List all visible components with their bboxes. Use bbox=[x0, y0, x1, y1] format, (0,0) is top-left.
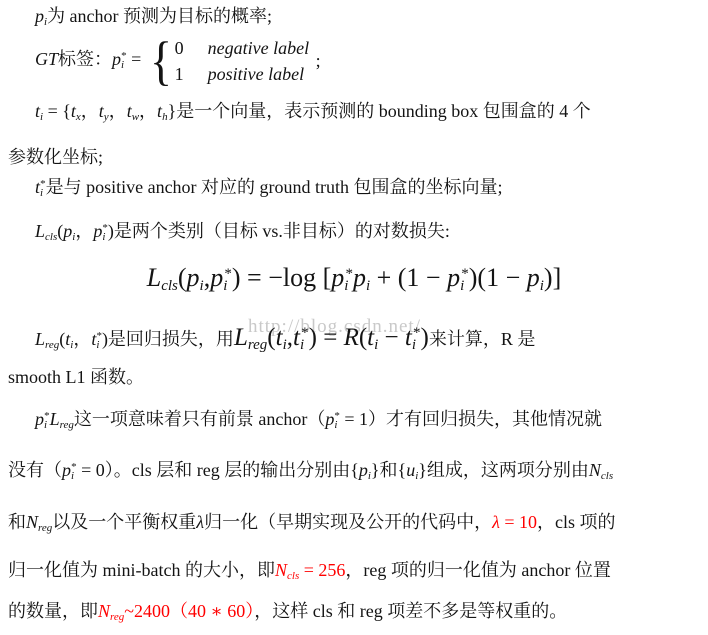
text-segment: = { bbox=[43, 101, 71, 121]
cases-formula: {0negative label1positive label bbox=[148, 34, 309, 88]
line-lambda: 和Nreg以及一个平衡权重λ归一化（早期实现及公开的代码中，λ = 10，cls… bbox=[8, 511, 616, 534]
text-segment: )] bbox=[544, 263, 561, 292]
text-segment: u bbox=[406, 460, 415, 480]
text-segment: w bbox=[132, 111, 139, 123]
text-segment: }和{ bbox=[371, 460, 406, 480]
text-segment: = bbox=[127, 49, 146, 69]
text-segment: p bbox=[325, 409, 334, 429]
text-segment: L bbox=[35, 221, 45, 241]
text-segment: )是回归损失，用 bbox=[102, 329, 234, 349]
text-segment: λ bbox=[492, 512, 500, 532]
line-lcls-intro: Lcls(pi，pi*)是两个类别（目标 vs.非目标）的对数损失: bbox=[35, 220, 450, 243]
line-output-cont: 没有（pi* = 0）。cls 层和 reg 层的输出分别由{pi}和{ui}组… bbox=[8, 459, 613, 482]
text-segment: ，cls 项的 bbox=[537, 512, 616, 532]
text-segment: p bbox=[447, 263, 460, 292]
line-pi-definition: pi为 anchor 预测为目标的概率; bbox=[35, 5, 272, 28]
text-segment: ( bbox=[178, 263, 187, 292]
formula-lcls-display: Lcls(pi,pi*) = −log [pi*pi + (1 − pi*)(1… bbox=[0, 261, 708, 295]
text-segment: ，这样 cls 和 reg 项差不多是等权重的。 bbox=[254, 601, 567, 621]
case-label: negative label bbox=[208, 38, 309, 58]
text-segment: 为 anchor 预测为目标的概率; bbox=[47, 6, 272, 26]
text-segment: 标签： bbox=[58, 49, 112, 69]
text-segment: reg bbox=[60, 419, 74, 431]
text-segment: reg bbox=[38, 522, 52, 534]
text-segment: t bbox=[405, 324, 412, 351]
text-segment: ( bbox=[359, 324, 367, 351]
text-segment: p bbox=[359, 460, 368, 480]
text-segment: p bbox=[210, 263, 223, 292]
text-segment: p bbox=[527, 263, 540, 292]
case-value: 0 bbox=[175, 38, 184, 58]
text-segment: L bbox=[35, 329, 45, 349]
text-segment: p bbox=[93, 221, 102, 241]
text-segment: 和 bbox=[8, 512, 26, 532]
case-row: 1positive label bbox=[175, 61, 309, 87]
text-segment: reg bbox=[45, 339, 59, 351]
text-segment: ) = −log [ bbox=[232, 263, 331, 292]
text-segment: cls bbox=[287, 570, 299, 582]
cases-column: 0negative label1positive label bbox=[175, 35, 309, 87]
text-segment: 的数量，即 bbox=[8, 601, 98, 621]
text-segment: 以及一个平衡权重 bbox=[52, 512, 196, 532]
text-segment: 参数化坐标; bbox=[8, 147, 103, 167]
text-segment: p bbox=[112, 49, 121, 69]
line-lreg: Lreg(ti，ti*)是回归损失，用Lreg(ti,ti*) = R(ti −… bbox=[35, 322, 535, 355]
text-segment: ， bbox=[73, 329, 91, 349]
text-segment: N bbox=[26, 512, 38, 532]
text-segment: }组成，这两项分别由 bbox=[418, 460, 589, 480]
text-segment: GT bbox=[35, 49, 58, 69]
text-segment: ) bbox=[421, 324, 429, 351]
case-value: 1 bbox=[175, 64, 184, 84]
text-segment: ， bbox=[109, 101, 127, 121]
text-segment: L bbox=[50, 409, 60, 429]
line-pistar-lreg: pi*Lreg这一项意味着只有前景 anchor（pi* = 1）才有回归损失，… bbox=[35, 408, 602, 431]
text-segment: N bbox=[98, 601, 110, 621]
line-gt-cases: GT标签：pi* = {0negative label1positive lab… bbox=[35, 34, 321, 88]
text-segment: reg bbox=[248, 337, 267, 353]
text-segment: = 256 bbox=[299, 560, 345, 580]
text-segment: * bbox=[461, 266, 469, 282]
text-segment: ~2400（40 ∗ 60） bbox=[124, 601, 254, 621]
document-page: http://blog.csdn.net/pi为 anchor 预测为目标的概率… bbox=[0, 0, 708, 635]
text-segment: − bbox=[378, 324, 405, 351]
text-segment: ( bbox=[267, 324, 275, 351]
text-segment: }是一个向量，表示预测的 bounding box 包围盒的 4 个 bbox=[168, 101, 591, 121]
line-ti-vector: ti = {tx，ty，tw，th}是一个向量，表示预测的 bounding b… bbox=[35, 100, 591, 123]
line-ti-star: ti*是与 positive anchor 对应的 ground truth 包… bbox=[35, 176, 503, 199]
text-segment: cls bbox=[161, 278, 178, 294]
text-segment: L bbox=[234, 324, 248, 351]
text-segment: smooth L1 函数。 bbox=[8, 367, 144, 387]
text-segment: ， bbox=[75, 221, 93, 241]
text-segment: L bbox=[147, 263, 161, 292]
text-segment: ，reg 项的归一化值为 anchor 位置 bbox=[345, 560, 610, 580]
text-segment: N bbox=[589, 460, 601, 480]
text-segment: ， bbox=[81, 101, 99, 121]
text-segment: λ bbox=[196, 512, 204, 532]
line-smooth-l1: smooth L1 函数。 bbox=[8, 366, 144, 389]
text-segment: N bbox=[275, 560, 287, 580]
text-segment: + (1 − bbox=[370, 263, 447, 292]
text-segment: ) = bbox=[309, 324, 344, 351]
text-segment: = 10 bbox=[500, 512, 537, 532]
text-segment: )(1 − bbox=[469, 263, 527, 292]
text-segment: p bbox=[187, 263, 200, 292]
text-segment: cls bbox=[45, 231, 57, 243]
text-segment: 归一化（早期实现及公开的代码中， bbox=[204, 512, 492, 532]
text-segment: t bbox=[276, 324, 283, 351]
case-label: positive label bbox=[208, 64, 304, 84]
text-segment: t bbox=[293, 324, 300, 351]
text-segment: * bbox=[413, 325, 421, 341]
text-segment: 是与 positive anchor 对应的 ground truth 包围盒的… bbox=[46, 177, 503, 197]
line-ncls: 归一化值为 mini-batch 的大小，即Ncls = 256，reg 项的归… bbox=[8, 559, 611, 582]
text-segment: 归一化值为 mini-batch 的大小，即 bbox=[8, 560, 275, 580]
line-ti-vector-cont: 参数化坐标; bbox=[8, 146, 103, 169]
text-segment: 没有（ bbox=[8, 460, 62, 480]
text-segment: p bbox=[35, 409, 44, 429]
text-segment: = 1）才有回归损失，其他情况就 bbox=[340, 409, 602, 429]
text-segment: R bbox=[344, 324, 359, 351]
text-segment: 来计算，R 是 bbox=[429, 329, 536, 349]
text-segment: ; bbox=[311, 50, 321, 70]
text-segment: = 0）。cls 层和 reg 层的输出分别由{ bbox=[77, 460, 359, 480]
text-segment: p bbox=[331, 263, 344, 292]
text-segment: p bbox=[35, 6, 44, 26]
text-segment: )是两个类别（目标 vs.非目标）的对数损失: bbox=[108, 221, 450, 241]
text-segment: cls bbox=[601, 470, 613, 482]
text-segment: * bbox=[224, 266, 232, 282]
text-segment: p bbox=[353, 263, 366, 292]
left-brace: { bbox=[150, 34, 172, 88]
text-segment: p bbox=[62, 460, 71, 480]
line-nreg: 的数量，即Nreg~2400（40 ∗ 60），这样 cls 和 reg 项差不… bbox=[8, 600, 567, 623]
text-segment: 这一项意味着只有前景 anchor（ bbox=[74, 409, 325, 429]
text-segment: reg bbox=[110, 611, 124, 623]
text-segment: * bbox=[345, 266, 353, 282]
case-row: 0negative label bbox=[175, 35, 309, 61]
text-segment: p bbox=[63, 221, 72, 241]
text-segment: ， bbox=[139, 101, 157, 121]
text-segment: * bbox=[301, 325, 309, 341]
